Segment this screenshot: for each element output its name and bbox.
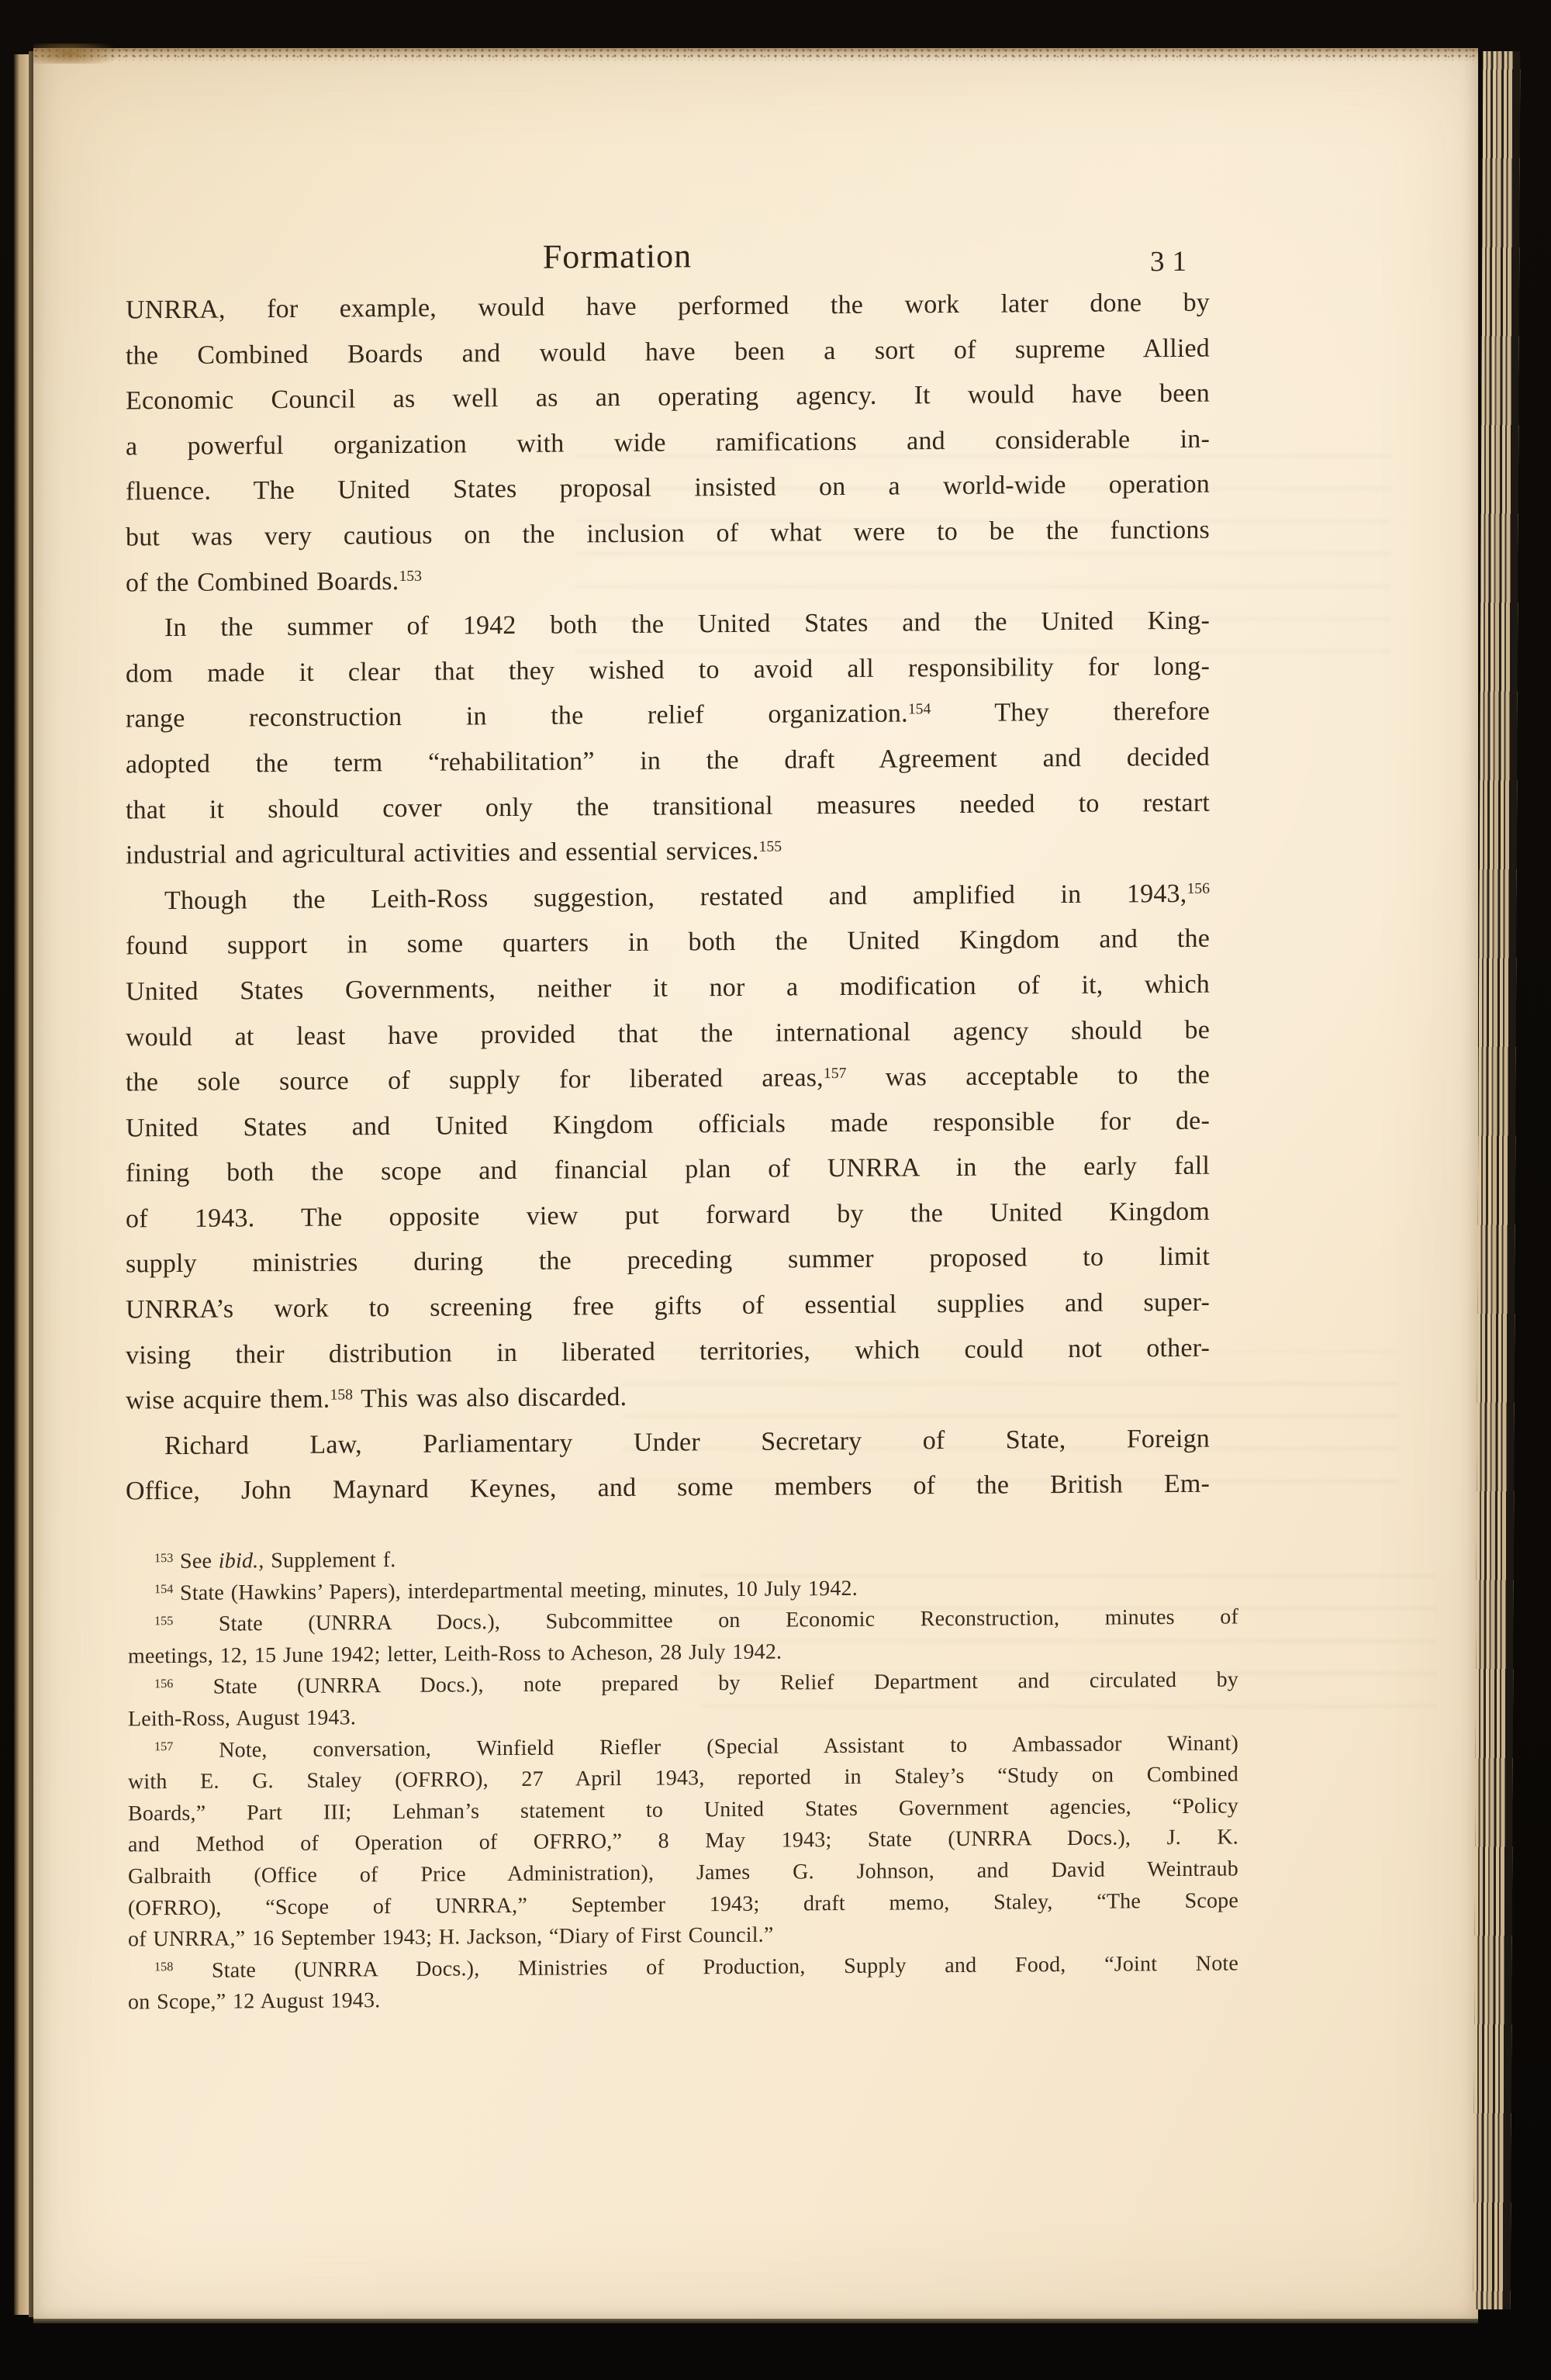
page-content: Formation 31 UNRRA, for example, would h…: [33, 38, 1478, 2320]
text-line: UNRRA, for example, would have performed…: [126, 281, 1210, 333]
text-segment: Though the Leith-Ross suggestion, restat…: [164, 879, 1187, 915]
text-segment: a powerful organization with wide ramifi…: [126, 424, 1210, 461]
text-segment: the Combined Boards and would have been …: [126, 333, 1210, 370]
footnote-ref: 157: [824, 1065, 847, 1082]
text-segment: See: [173, 1549, 218, 1573]
footnote: 157 Note, conversation, Winfield Riefler…: [128, 1728, 1238, 1956]
text-line: but was very cautious on the inclusion o…: [126, 508, 1210, 561]
text-segment: This was also discarded.: [353, 1383, 627, 1413]
footnote-ref: 153: [399, 568, 422, 585]
footnotes-section: 153 See ibid., Supplement f. 154 State (…: [128, 1539, 1238, 2019]
text-segment: and Method of Operation of OFRRO,” 8 May…: [128, 1826, 1238, 1857]
running-header-title: Formation: [493, 236, 741, 278]
text-line: dom made it clear that they wished to av…: [126, 644, 1210, 696]
text-segment: Boards,” Part III; Lehman’s statement to…: [128, 1794, 1238, 1826]
footnote-ref: 154: [154, 1582, 173, 1596]
text-segment: Richard Law, Parliamentary Under Secreta…: [164, 1425, 1210, 1460]
text-line: vising their distribution in liberated t…: [126, 1325, 1210, 1378]
text-line: found support in some quarters in both t…: [126, 917, 1210, 969]
text-line: on Scope,” 12 August 1943.: [128, 1980, 1238, 2019]
text-segment: the sole source of supply for liberated …: [126, 1063, 824, 1097]
footnote: 156 State (UNRRA Docs.), note prepared b…: [128, 1665, 1238, 1736]
text-line: Though the Leith-Ross suggestion, restat…: [126, 871, 1210, 924]
text-segment: vising their distribution in liberated t…: [126, 1333, 1210, 1370]
text-line: industrial and agricultural activities a…: [126, 826, 1210, 879]
footnote-ref: 156: [1187, 880, 1210, 897]
footnote-ref: 157: [154, 1739, 173, 1753]
text-segment: dom made it clear that they wished to av…: [126, 651, 1210, 688]
text-segment: of UNRRA,” 16 September 1943; H. Jackson…: [128, 1923, 774, 1952]
text-segment: range reconstruction in the relief organ…: [126, 699, 908, 734]
fore-edge-page-stack: [1473, 51, 1521, 2309]
paragraph: Richard Law, Parliamentary Under Secreta…: [126, 1417, 1210, 1515]
footnote: 155 State (UNRRA Docs.), Subcommittee on…: [128, 1602, 1238, 1673]
text-line: the Combined Boards and would have been …: [126, 326, 1210, 378]
text-line: a powerful organization with wide ramifi…: [126, 416, 1210, 469]
page-number: 31: [1150, 245, 1194, 278]
text-segment: (OFRRO), “Scope of UNRRA,” September 194…: [128, 1888, 1238, 1920]
text-segment: of the Combined Boards.: [126, 567, 399, 597]
text-segment: Note, conversation, Winfield Riefler (Sp…: [173, 1731, 1238, 1763]
text-segment: UNRRA’s work to screening free gifts of …: [126, 1288, 1210, 1325]
previous-page-edge: [14, 54, 29, 2315]
page-bottom-cut-edge: [33, 2319, 1478, 2323]
text-segment: Galbraith (Office of Price Administratio…: [128, 1857, 1238, 1888]
text-line: Office, John Maynard Keynes, and some me…: [126, 1462, 1210, 1515]
text-segment: They therefore: [931, 697, 1210, 728]
text-line: In the summer of 1942 both the United St…: [126, 599, 1210, 651]
text-segment: of 1943. The opposite view put forward b…: [126, 1197, 1210, 1234]
text-segment: with E. G. Staley (OFRRO), 27 April 1943…: [128, 1763, 1238, 1794]
text-line: UNRRA’s work to screening free gifts of …: [126, 1280, 1210, 1333]
footnote-ref: 158: [330, 1386, 353, 1403]
text-segment: but was very cautious on the inclusion o…: [126, 516, 1210, 552]
text-line: fluence. The United States proposal insi…: [126, 462, 1210, 515]
paragraph: In the summer of 1942 both the United St…: [126, 599, 1210, 879]
text-line: that it should cover only the transition…: [126, 780, 1210, 833]
footnote-ref: 154: [908, 700, 931, 717]
footnote-ref: 156: [154, 1677, 173, 1691]
body-text: UNRRA, for example, would have performed…: [126, 281, 1210, 1515]
text-segment: adopted the term “rehabilitation” in the…: [126, 743, 1210, 779]
text-segment: State (UNRRA Docs.), note prepared by Re…: [173, 1668, 1238, 1700]
book-page: Formation 31 UNRRA, for example, would h…: [33, 48, 1478, 2320]
footnote-ref: 155: [759, 838, 782, 855]
text-segment: , Supplement f.: [258, 1548, 396, 1573]
text-segment: industrial and agricultural activities a…: [126, 837, 759, 870]
scanned-book-photo: { "header": { "title": "Formation", "pag…: [0, 0, 1551, 2380]
footnote-ref: 155: [154, 1614, 173, 1628]
footnote-ref: 158: [154, 1960, 173, 1974]
text-line: would at least have provided that the in…: [126, 1007, 1210, 1060]
text-line: supply ministries during the preceding s…: [126, 1235, 1210, 1287]
text-line: United States Governments, neither it no…: [126, 962, 1210, 1015]
text-segment: Leith-Ross, August 1943.: [128, 1705, 356, 1731]
text-segment: on Scope,” 12 August 1943.: [128, 1988, 380, 2014]
footnote: 158 State (UNRRA Docs.), Ministries of P…: [128, 1948, 1238, 2019]
text-line: Economic Council as well as an operating…: [126, 371, 1210, 424]
text-segment: Economic Council as well as an operating…: [126, 379, 1210, 416]
text-segment: In the summer of 1942 both the United St…: [164, 606, 1210, 642]
italic-text: ibid.: [219, 1549, 259, 1573]
paragraph: UNRRA, for example, would have performed…: [126, 281, 1210, 606]
text-segment: supply ministries during the preceding s…: [126, 1242, 1210, 1279]
text-segment: State (UNRRA Docs.), Subcommittee on Eco…: [173, 1605, 1238, 1637]
text-line: fining both the scope and financial plan…: [126, 1144, 1210, 1197]
text-segment: Office, John Maynard Keynes, and some me…: [126, 1470, 1210, 1506]
text-segment: UNRRA, for example, would have performed…: [126, 288, 1210, 325]
text-line: of 1943. The opposite view put forward b…: [126, 1190, 1210, 1242]
text-line: range reconstruction in the relief organ…: [126, 689, 1210, 742]
text-line: wise acquire them.158 This was also disc…: [126, 1371, 1210, 1424]
text-segment: fining both the scope and financial plan…: [126, 1152, 1210, 1188]
text-segment: State (Hawkins’ Papers), interdepartment…: [173, 1576, 858, 1605]
text-segment: United States and United Kingdom officia…: [126, 1106, 1210, 1142]
paragraph: Though the Leith-Ross suggestion, restat…: [126, 871, 1210, 1424]
text-segment: was acceptable to the: [846, 1061, 1210, 1092]
text-segment: meetings, 12, 15 June 1942; letter, Leit…: [128, 1639, 782, 1668]
footnote-ref: 153: [154, 1551, 173, 1565]
text-line: of the Combined Boards.153: [126, 553, 1210, 606]
text-segment: United States Governments, neither it no…: [126, 970, 1210, 1007]
photo-background: Formation 31 UNRRA, for example, would h…: [0, 0, 1551, 2380]
text-segment: that it should cover only the transition…: [126, 788, 1210, 824]
text-segment: wise acquire them.: [126, 1385, 330, 1415]
text-segment: would at least have provided that the in…: [126, 1015, 1210, 1052]
text-line: adopted the term “rehabilitation” in the…: [126, 735, 1210, 788]
text-segment: State (UNRRA Docs.), Ministries of Produ…: [173, 1951, 1238, 1983]
text-line: the sole source of supply for liberated …: [126, 1053, 1210, 1106]
text-segment: found support in some quarters in both t…: [126, 924, 1210, 961]
text-line: United States and United Kingdom officia…: [126, 1098, 1210, 1151]
text-segment: fluence. The United States proposal insi…: [126, 470, 1210, 506]
text-line: Richard Law, Parliamentary Under Secreta…: [126, 1417, 1210, 1470]
